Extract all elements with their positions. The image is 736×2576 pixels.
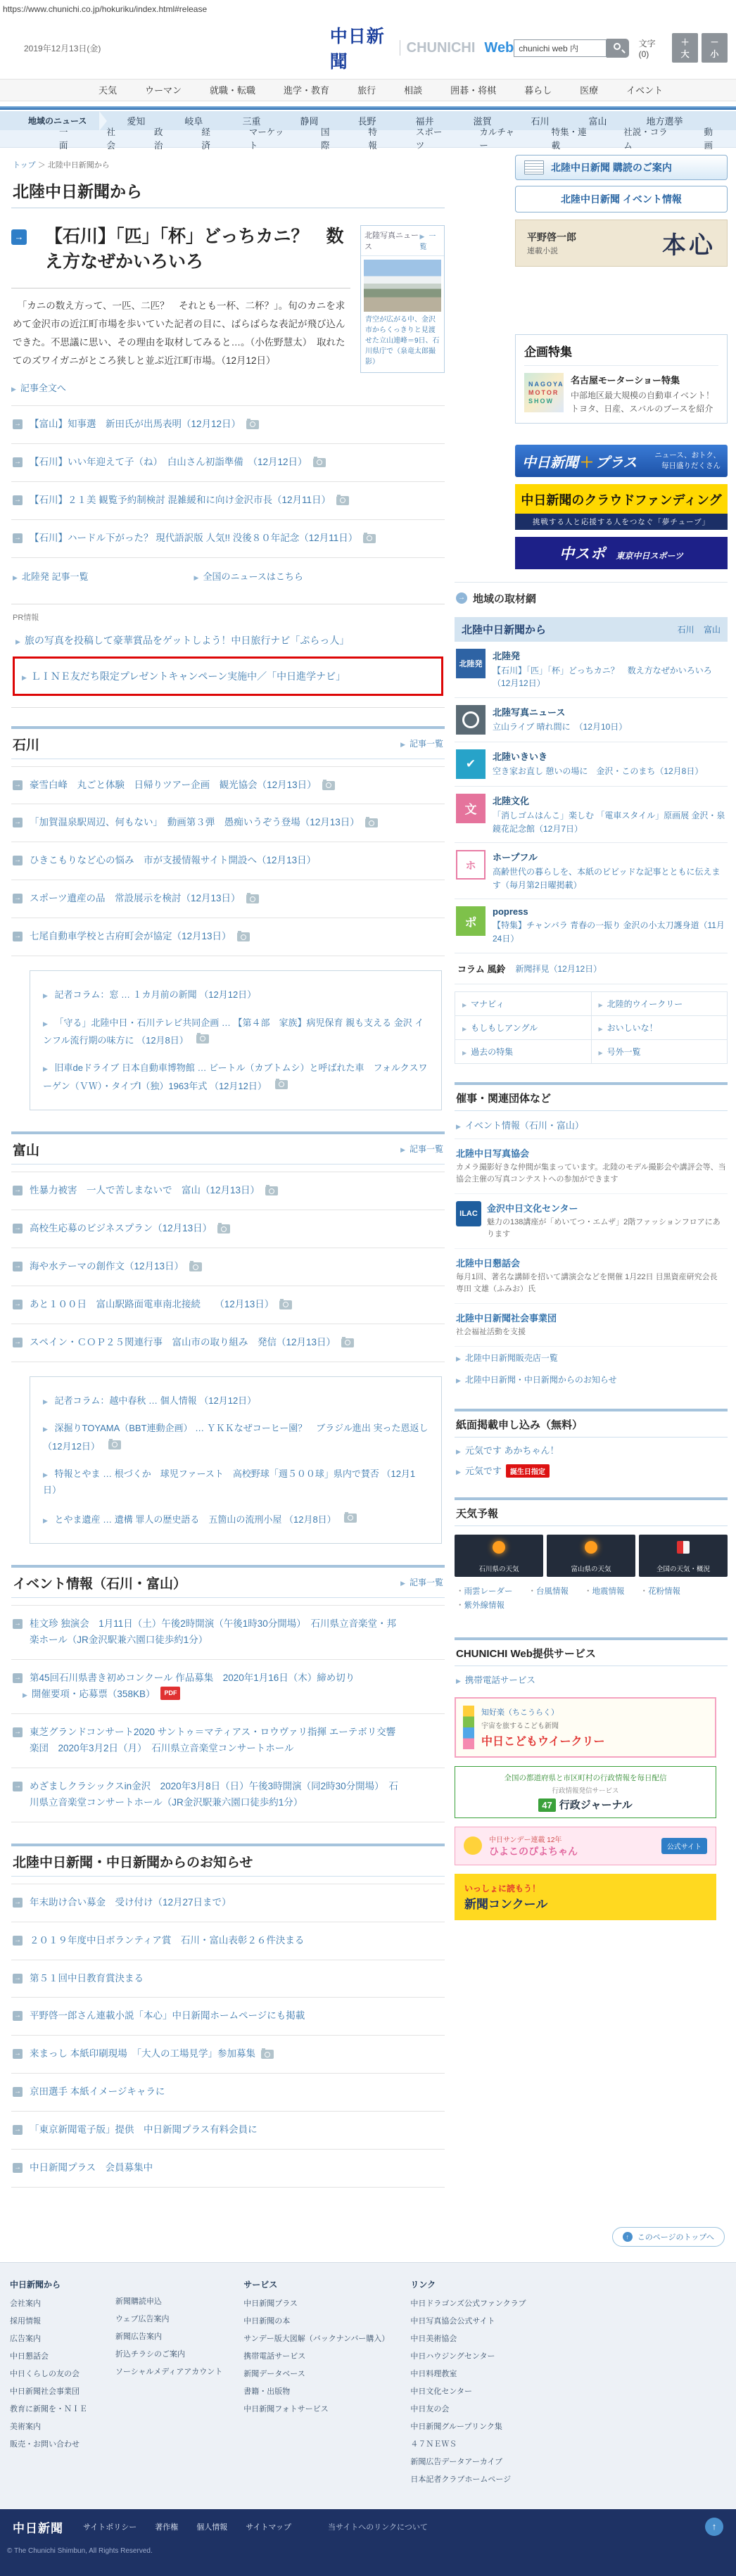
notice-item: 京田選手 本紙イメージキャラに [11, 2074, 445, 2112]
from-hokuriku-header: 北陸中日新聞から 石川 富山 [455, 617, 728, 642]
footer-link[interactable]: 新聞データベース [243, 2368, 389, 2379]
category-name-link[interactable]: 北陸文化 [493, 794, 726, 807]
footer-link[interactable]: ソーシャルメディアアカウント [115, 2366, 222, 2377]
arrow-bullet-icon [13, 1898, 23, 1908]
arrow-bullet-icon [13, 1186, 23, 1195]
event-doc-link[interactable]: ▶開催要項・応募票（358KB） [23, 1687, 155, 1703]
section-list-link[interactable]: ▶記事一覧 [400, 737, 443, 749]
org-desc: カメラ撮影好きな仲間が集まっています。北陸のモデル撮影会や講評会等、当協会主催の… [456, 1162, 726, 1186]
org-group: 北陸中日新聞社会事業団 社会福祉活動を支援 [455, 1304, 728, 1347]
feature-item: ▶ 特報とやま … 根づくか 球児ファースト 高校野球「週５００球」県内で賛否 … [43, 1460, 429, 1504]
weather-link[interactable]: 雨雲レーダー [456, 1585, 513, 1597]
section-title: 石川 [13, 735, 39, 754]
top-nav-link[interactable]: 天気 [99, 85, 117, 96]
category-icon [456, 705, 486, 735]
feature-link[interactable]: 「守る」北陸中日・石川テレビ共同企画 … 【第４部 家族】病児保育 親も支える … [43, 1017, 424, 1046]
font-smaller-button[interactable]: －小 [702, 33, 728, 63]
top-nav-item: ウーマン [145, 83, 182, 97]
category-icon: ホ [456, 850, 486, 880]
arrow-bullet-icon [13, 2125, 23, 2135]
top-nav-link[interactable]: 囲碁・将棋 [450, 85, 496, 96]
top-nav-item: 暮らし [524, 83, 552, 97]
footer-link[interactable]: 中日料理教室 [410, 2368, 526, 2379]
search-icon [614, 43, 621, 50]
news-item: 七尾自動車学校と古府町会が協定（12月13日） [11, 918, 445, 956]
triangle-icon: ▶ [456, 1468, 461, 1476]
triangle-icon: ▶ [43, 1426, 48, 1433]
top-nav-link[interactable]: イベント [626, 85, 663, 96]
footer-link[interactable]: 販売・お問い合わせ [10, 2438, 94, 2449]
footer-link[interactable]: 中日新聞グループリンク集 [410, 2420, 526, 2432]
org-group: ILAC 金沢中日文化センター 魅力の138講座が「めいてつ・エムザ」2階ファッ… [455, 1194, 728, 1249]
footer-link[interactable]: ウェブ広告案内 [115, 2313, 222, 2324]
footer-link[interactable]: 折込チラシのご案内 [115, 2348, 222, 2359]
category-name-link[interactable]: popress [493, 906, 726, 917]
quick-link[interactable]: マナビィ [455, 992, 592, 1016]
section-toyama: 富山 ▶記事一覧 性暴力被害 一人で苦しまないで 富山（12月13日） [11, 1131, 445, 1544]
arrow-bullet-icon [13, 1300, 23, 1309]
arrow-bullet-icon [13, 1338, 23, 1347]
weather-link[interactable]: 花粉情報 [640, 1585, 681, 1597]
footer-col-company: 中日新聞から 会社案内採用情報広告案内中日懇話会中日くらしの友の会中日新聞社会事… [10, 2278, 94, 2491]
org-name-link[interactable]: 北陸中日新聞社会事業団 [456, 1311, 557, 1324]
top-nav-link[interactable]: 進学・教育 [284, 85, 329, 96]
camera-icon [279, 1300, 292, 1309]
top-nav-link[interactable]: 旅行 [357, 85, 376, 96]
from-hokuriku-title: 北陸中日新聞から [462, 622, 546, 637]
category-article-link[interactable]: 「消しゴムはんこ」楽しむ 「電車スタイル」原画展 金沢・泉鏡花記念館（12月7日… [493, 811, 725, 834]
news-link[interactable]: 豪雪白峰 丸ごと体験 日帰りツアー企画 観光協会（12月13日） [30, 778, 317, 794]
notice-link[interactable]: 「東京新聞電子版」提供 中日新聞プラス有料会員に [30, 2122, 258, 2138]
birthday-badge: 誕生日指定 [506, 1464, 550, 1478]
national-news-link[interactable]: ▶全国のニュースはこちら [194, 569, 303, 583]
org-name-link[interactable]: 北陸中日写真協会 [456, 1146, 726, 1160]
pr-item: ▶旅の写真を投稿して豪華賞品をゲットしよう！中日旅行ナビ「ぷらっ人」 [13, 628, 443, 652]
triangle-icon: ▶ [43, 1020, 48, 1027]
column-link[interactable]: 新聞拝見（12月12日） [515, 963, 602, 975]
subscribe-box[interactable]: 北陸中日新聞 購読のご案内 [515, 155, 728, 180]
notice-link[interactable]: ２０１９年度中日ボランティア賞 石川・富山表彰２６件決まる [30, 1933, 304, 1949]
section-title: 富山 [13, 1140, 39, 1159]
news-link[interactable]: 【石川】ハードル下がった？ 現代語訳版 人気!! 没後８０年記念（12月11日） [30, 531, 357, 547]
newspaper-icon [524, 160, 544, 175]
column-label: コラム 風鈴 [457, 962, 505, 975]
feature-item: ▶ 旧車deドライブ 日本自動車博物館 … ビートル（カブトムシ）と呼ばれた車 … [43, 1054, 429, 1100]
pr-block: PR情報 ▶旅の写真を投稿して豪華賞品をゲットしよう！中日旅行ナビ「ぷらっ人」 … [11, 604, 445, 708]
org-desc: 魅力の138講座が「めいてつ・エムザ」2階ファッションフロアにあります [487, 1217, 726, 1241]
feature-item: ▶ 深掘りTOYAMA（BBT連動企画） … ＹＫＫなぜコーヒー園？ ブラジル進… [43, 1414, 429, 1460]
ishikawa-feature-box: ▶ 記者コラム：窓 … １カ月前の新聞 （12月12日） ▶ 「守る」北陸中日・… [30, 970, 442, 1110]
sidebar: 北陸中日新聞 購読のご案内 北陸中日新聞 イベント情報 平野啓一郎 連載小説 本… [455, 148, 728, 1920]
column-row: コラム 風鈴 新聞拝見（12月12日） [455, 953, 728, 984]
news-link[interactable]: あと１００日 富山駅路面電車南北接続 （12月13日） [30, 1297, 274, 1313]
official-site-button: 公式サイト [661, 1838, 707, 1854]
news-link[interactable]: スペイン・ＣＯＰ２５関連行事 富山市の取り組み 発信（12月13日） [30, 1335, 336, 1351]
org-desc: 毎月1回、著名な講師を招いて講演会などを開催 1月22日 目黒資産研究会長 専田… [456, 1271, 726, 1296]
news-link[interactable]: 性暴力被害 一人で苦しまないで 富山（12月13日） [30, 1183, 260, 1199]
footer-link[interactable]: 中日新聞プラス [243, 2297, 389, 2309]
section-title: 北陸中日新聞・中日新聞からのお知らせ [13, 1852, 253, 1871]
feature-link[interactable]: 名古屋モーターショー特集 [571, 373, 718, 386]
article-more-link[interactable]: ▶記事全文へ [11, 381, 66, 394]
org-link[interactable]: ▶北陸中日新聞・中日新聞からのお知らせ [455, 1369, 728, 1390]
weather-link[interactable]: 紫外線情報 [456, 1599, 505, 1611]
triangle-icon: ▶ [400, 1580, 405, 1587]
novel-banner[interactable]: 平野啓一郎 連載小説 本心 [515, 220, 728, 267]
copyright: © The Chunichi Shimbun, All Rights Reser… [0, 2544, 736, 2576]
arrow-bullet-icon [13, 780, 23, 790]
weather-section: 天気予報 石川県の天気 富山県の天気 [455, 1497, 728, 1619]
event-link[interactable]: めざましクラシックスin金沢 2020年3月8日（日）午後3時開演（同2時30分… [30, 1779, 402, 1811]
triangle-icon: ▶ [43, 1517, 48, 1524]
scroll-top-icon[interactable] [705, 2518, 723, 2536]
circle-arrow-icon [456, 592, 467, 604]
event-info-box[interactable]: 北陸中日新聞 イベント情報 [515, 186, 728, 212]
logo-en-chunichi: CHUNICHI [407, 40, 476, 56]
footer-link[interactable]: 携帯電話サービス [243, 2350, 389, 2361]
region-network-row: 地域の取材網 [455, 582, 728, 614]
event-item: 東芝グランドコンサート2020 サントゥ＝マティアス・ロウヴァリ指揮 エーテボリ… [11, 1714, 445, 1768]
quick-link[interactable]: 北陸的ウイークリー [592, 992, 728, 1016]
pr-label: PR情報 [13, 611, 443, 623]
top-nav-link[interactable]: 医療 [580, 85, 598, 96]
footer-bottom-link[interactable]: サイトポリシー [83, 2521, 137, 2532]
news-link[interactable]: 【石川】２１美 観覧予約制検討 混雑緩和に向け金沢市長（12月11日） [30, 493, 331, 509]
from-link-toyama[interactable]: 富山 [704, 625, 721, 635]
section-list-link[interactable]: ▶記事一覧 [400, 1143, 443, 1155]
org-link[interactable]: ▶北陸中日新聞販売店一覧 [455, 1347, 728, 1369]
camera-icon [265, 1186, 278, 1195]
notice-link[interactable]: 京田選手 本紙イメージキャラに [30, 2084, 165, 2100]
category-name-link[interactable]: 北陸いきいき [493, 749, 703, 763]
font-larger-button[interactable]: ＋大 [672, 33, 698, 63]
motor-show-logo: NAGOYA MOTOR SHOW [524, 373, 564, 412]
browser-url: https://www.chunichi.co.jp/hokuriku/inde… [0, 0, 736, 21]
top-nav-link[interactable]: ウーマン [145, 85, 182, 96]
quick-link[interactable]: 号外一覧 [592, 1040, 728, 1064]
top-news-list: 【富山】知事選 新田氏が出馬表明（12月12日） 【石川】いい年迎えて子（ね） … [11, 405, 445, 558]
news-item: あと１００日 富山駅路面電車南北接続 （12月13日） [11, 1286, 445, 1324]
footer-col-title: 中日新聞から [10, 2278, 94, 2290]
camera-icon [322, 781, 335, 790]
pr-item: ▶ＬＩＮＥ友だち限定プレゼントキャンペーン実施中／「中日進学ナビ」 [19, 664, 437, 688]
pr-link-travel[interactable]: 旅の写真を投稿して豪華賞品をゲットしよう！中日旅行ナビ「ぷらっ人」 [25, 635, 349, 646]
event-link[interactable]: 東芝グランドコンサート2020 サントゥ＝マティアス・ロウヴァリ指揮 エーテボリ… [30, 1725, 402, 1757]
photo-news-box: 北陸写真ニュース ▶一覧 青空が広がる中、金沢市からくっきりと見渡せた立山連峰＝… [360, 225, 445, 373]
camera-icon [261, 2050, 274, 2059]
notice-item: 平野啓一郎さん連載小説「本心」中日新聞ホームページにも掲載 [11, 1998, 445, 2036]
novel-label: 連載小説 [527, 247, 558, 255]
notice-link[interactable]: 中日新聞プラス 会員募集中 [30, 2160, 153, 2176]
arrow-bullet-icon [13, 1224, 23, 1233]
region-network-link[interactable]: 地域の取材網 [473, 591, 536, 606]
feature-item: ▶ 記者コラム：越中春秋 … 個人情報 （12月12日） [43, 1387, 429, 1414]
footer-link[interactable]: サンデー版大図解（バックナンバー購入） [243, 2333, 389, 2344]
notice-item: 「東京新聞電子版」提供 中日新聞プラス有料会員に [11, 2112, 445, 2150]
genki-birthday-link[interactable]: ▶元気です誕生日指定 [455, 1458, 551, 1479]
footer-logo[interactable]: 中日新聞 [13, 2518, 63, 2536]
weather-link[interactable]: 台風情報 [528, 1585, 569, 1597]
arrow-bullet-icon [13, 1782, 23, 1791]
footer-bottom-link[interactable]: 個人情報 [196, 2521, 227, 2532]
crowdfunding-banner[interactable]: 中日新聞のクラウドファンディング 挑戦する人と応援する人をつなぐ「夢チューブ」 [515, 484, 728, 530]
weather-tile[interactable]: 富山県の天気 [547, 1535, 635, 1577]
category-icon: 北陸発 [456, 649, 486, 678]
notice-link[interactable]: 第５１回中日教育賞決まる [30, 1971, 144, 1987]
news-link[interactable]: ひきこもりなど心の悩み 市が支援情報サイト開設へ（12月13日） [30, 853, 316, 869]
chuspo-banner[interactable]: 中スポ 東京中日スポーツ [515, 537, 728, 569]
footer-link[interactable]: 広告案内 [10, 2333, 94, 2344]
arrow-bullet-icon [13, 1262, 23, 1271]
camera-icon [196, 1034, 209, 1043]
back-to-top-row: このページのトップへ [0, 2209, 736, 2255]
feature-link[interactable]: 特報とやま … 根づくか 球児ファースト 高校野球「週５００球」県内で賛否 （1… [43, 1468, 415, 1495]
notice-item: 年末助け合い募金 受け付け（12月27日まで） [11, 1884, 445, 1922]
weather-link[interactable]: 地震情報 [584, 1585, 625, 1597]
category-icon: ✔ [456, 749, 486, 779]
notice-item: 中日新聞プラス 会員募集中 [11, 2150, 445, 2188]
gyosei-journal-banner[interactable]: 全国の都道府県と市区町村の行政情報を毎日配信 行政情報発信サービス 47行政ジャ… [455, 1766, 716, 1818]
footer-link[interactable]: 中日ドラゴンズ公式ファンクラブ [410, 2297, 526, 2309]
quick-link[interactable]: おいしいな！ [592, 1016, 728, 1040]
pr-link-line[interactable]: ＬＩＮＥ友だち限定プレゼントキャンペーン実施中／「中日進学ナビ」 [31, 671, 345, 682]
category-name-link[interactable]: 北陸発 [493, 649, 726, 662]
event-item: めざましクラシックスin金沢 2020年3月8日（日）午後3時開演（同2時30分… [11, 1768, 445, 1822]
logo-kanji: 中日新聞 [330, 23, 393, 73]
triangle-icon: ▶ [22, 674, 27, 681]
logo-divider [400, 40, 400, 56]
news-link[interactable]: 海や水テーマの創作文（12月13日） [30, 1259, 184, 1275]
footer-link[interactable]: 中日新聞の本 [243, 2315, 389, 2326]
feature-desc: 中部地区最大規模の自動車イベント！トヨタ、日産、スバルのブースを紹介 [571, 391, 714, 414]
triangle-icon: ▶ [43, 1471, 48, 1478]
up-arrow-icon [623, 2232, 633, 2242]
from-link-ishikawa[interactable]: 石川 [678, 625, 694, 635]
photo-news-list-link[interactable]: ▶一覧 [419, 230, 440, 251]
category-article-link[interactable]: 【特集】チャンバラ 青春の一振り 金沢の小太刀護身道（11月24日） [493, 920, 725, 944]
triangle-icon: ▶ [456, 1677, 461, 1684]
footer-link[interactable]: 教育に新聞を・ＮＩＥ [10, 2403, 94, 2414]
top-nav-item: 医療 [580, 83, 598, 97]
top-nav-link[interactable]: 暮らし [524, 85, 552, 96]
org-name-link[interactable]: 北陸中日懇話会 [456, 1256, 726, 1269]
footer-link[interactable]: 中日懇話会 [10, 2350, 94, 2361]
event-info-link[interactable]: ▶イベント情報（石川・富山） [455, 1111, 728, 1139]
triangle-icon: ▶ [400, 741, 405, 748]
weather-tile[interactable]: 全国の天気・概況 [639, 1535, 728, 1577]
top-nav-item: 天気 [99, 83, 117, 97]
triangle-icon: ▶ [419, 233, 424, 240]
back-to-top-button[interactable]: このページのトップへ [612, 2227, 725, 2247]
triangle-icon: ▶ [456, 1355, 461, 1362]
category-article-link[interactable]: 【石川】「匹」「杯」どっちカニ？ 数え方なぜかいろいろ（12月12日） [493, 666, 712, 689]
footer-link[interactable]: 新聞購読申込 [115, 2295, 222, 2307]
kids-weekly-banner[interactable]: 知好楽（ちこうらく） 宇宙を旅するこども新聞 中日こどもウイークリー [455, 1697, 716, 1758]
news-item: スペイン・ＣＯＰ２５関連行事 富山市の取り組み 発信（12月13日） [11, 1324, 445, 1362]
site-footer: 中日新聞から 会社案内採用情報広告案内中日懇話会中日くらしの友の会中日新聞社会事… [0, 2262, 736, 2576]
category-article-link[interactable]: 高齢世代の暮らしを、本紙のビビッドな記事とともに伝えます（毎月第2日曜掲載） [493, 867, 721, 890]
footer-link[interactable]: 新聞広告案内 [115, 2330, 222, 2342]
footer-link[interactable]: 日本記者クラブホームページ [410, 2473, 526, 2485]
novel-title: 本心 [662, 226, 716, 260]
camera-icon [363, 534, 376, 543]
footer-bottom-link[interactable]: サイトマップ [246, 2521, 291, 2532]
arrow-bullet-icon [13, 2163, 23, 2173]
news-item: ひきこもりなど心の悩み 市が支援情報サイト開設へ（12月13日） [11, 842, 445, 880]
events-list: 桂文珍 独演会 1月11日（土）午後2時開演（午後1時30分開場） 石川県立音楽… [11, 1605, 445, 1822]
notice-link[interactable]: 平野啓一郎さん連載小説「本心」中日新聞ホームページにも掲載 [30, 2008, 305, 2024]
triangle-icon: ▶ [15, 638, 20, 645]
camera-icon [189, 1262, 202, 1271]
news-item: 【石川】いい年迎えて子（ね） 白山さん初詣準備 （12月12日） [11, 444, 445, 482]
footer-link[interactable]: 美術案内 [10, 2420, 94, 2432]
feature-box: 企画特集 NAGOYA MOTOR SHOW 名古屋モーターショー特集 中部地区… [515, 334, 728, 424]
footer-col-links: リンク 中日ドラゴンズ公式ファンクラブ中日写真協会公式サイト中日美術協会中日ハウ… [410, 2278, 526, 2491]
chick-icon [464, 1836, 482, 1855]
notice-link[interactable]: 来まっし 本紙印刷現場 「大人の工場見学」参加募集 [30, 2046, 255, 2062]
photo-news-image[interactable] [364, 260, 441, 312]
weather-tile[interactable]: 石川県の天気 [455, 1535, 543, 1577]
breadcrumb-home-link[interactable]: トップ [13, 161, 36, 170]
feature-box-title: 企画特集 [524, 342, 718, 366]
camera-icon [246, 420, 259, 429]
category-name-link[interactable]: 北陸写真ニュース [493, 705, 627, 718]
quick-link[interactable]: 過去の特集 [455, 1040, 592, 1064]
footer-link[interactable]: 採用情報 [10, 2315, 94, 2326]
footer-link[interactable]: 新聞広告データアーカイブ [410, 2456, 526, 2467]
news-links-row: ▶北陸発 記事一覧 ▶全国のニュースはこちら [11, 558, 445, 604]
toyama-news-list: 性暴力被害 一人で苦しまないで 富山（12月13日） 高校生応募のビジネスプラン… [11, 1172, 445, 1362]
triangle-icon: ▶ [456, 1377, 461, 1384]
chunichi-plus-banner[interactable]: 中日新聞 ＋ プラス ニュース、おトク、毎日盛りだくさん [515, 445, 728, 476]
quick-link[interactable]: もしもしアングル [455, 1016, 592, 1040]
font-size-label: 文字 (0) [639, 37, 665, 59]
footer-link[interactable]: 会社案内 [10, 2297, 94, 2309]
site-search: 文字 (0) ＋大 －小 [514, 33, 728, 63]
news-link[interactable]: 高校生応募のビジネスプラン（12月13日） [30, 1221, 212, 1237]
arrow-bullet-icon [13, 419, 23, 429]
arrow-bullet-icon [13, 1619, 23, 1629]
piyo-chan-banner[interactable]: 中日サンデー連載 12年 ひよこのぴよちゃん 公式サイト [455, 1827, 716, 1865]
search-input[interactable] [514, 39, 607, 57]
novel-author: 平野啓一郎 [527, 230, 576, 244]
org-group: 北陸中日懇話会 毎月1回、著名な講師を招いて講演会などを開催 1月22日 目黒資… [455, 1249, 728, 1304]
arrow-bullet-icon [13, 2049, 23, 2059]
footer-link-note: 当サイトへのリンクについて [328, 2521, 428, 2532]
genki-ba​by-link[interactable]: ▶元気です あかちゃん！ [455, 1438, 561, 1458]
arrow-bullet-icon [13, 2011, 23, 2021]
org-name-link[interactable]: 金沢中日文化センター [487, 1201, 726, 1214]
footer-bottom-link[interactable]: 著作権 [155, 2521, 178, 2532]
feature-link[interactable]: 旧車deドライブ 日本自動車博物館 … ビートル（カブトムシ）と呼ばれた車 フォ… [43, 1062, 428, 1091]
article-headline[interactable]: 【石川】「匹」「杯」どっちカニ？ 数え方なぜかいろいろ [35, 224, 350, 275]
top-nav-item: 囲碁・将棋 [450, 83, 496, 97]
photo-news-caption[interactable]: 青空が広がる中、金沢市からくっきりと見渡せた立山連峰＝9日、石川県庁で（泉竜太郎… [361, 315, 444, 372]
camera-icon [313, 458, 326, 467]
search-button[interactable] [607, 39, 628, 58]
news-item: 高校生応募のビジネスプラン（12月13日） [11, 1210, 445, 1248]
org-desc: 社会福祉活動を支援 [456, 1326, 557, 1339]
share-arrow-icon[interactable] [11, 229, 27, 245]
footer-link[interactable]: 書籍・出版物 [243, 2385, 389, 2397]
paper-apply-section: 紙面掲載申し込み（無料） ▶元気です あかちゃん！ ▶元気です誕生日指定 [455, 1409, 728, 1479]
from-hokuriku-item: ポ popress 【特集】チャンバラ 青春の一振り 金沢の小太刀護身道（11月… [455, 899, 728, 953]
category-icon: ポ [456, 906, 486, 936]
news-link[interactable]: スポーツ遺産の品 常設展示を検討（12月13日） [30, 891, 241, 907]
main-column: トップ ＞ 北陸中日新聞から 北陸中日新聞から 北陸写真ニュース ▶一覧 青空が… [11, 148, 445, 2209]
logo-en-web: Web [484, 40, 514, 56]
notice-link[interactable]: 年末助け合い募金 受け付け（12月27日まで） [30, 1895, 231, 1911]
footer-col-title [115, 2278, 222, 2288]
event-link[interactable]: 桂文珍 独演会 1月11日（土）午後2時開演（午後1時30分開場） 石川県立音楽… [30, 1616, 402, 1649]
top-nav: 天気ウーマン就職・転職進学・教育旅行相談囲碁・将棋暮らし医療イベント [0, 79, 736, 101]
notice-item: 来まっし 本紙印刷現場 「大人の工場見学」参加募集 [11, 2036, 445, 2074]
camera-icon [246, 894, 259, 903]
from-hokuriku-item: 北陸発 北陸発 【石川】「匹」「杯」どっちカニ？ 数え方なぜかいろいろ（12月1… [455, 642, 728, 698]
site-logo[interactable]: 中日新聞 CHUNICHI Web [330, 23, 514, 73]
footer-link[interactable]: ４７ＮＥＷＳ [410, 2438, 526, 2449]
from-hokuriku-item: ホ ホープフル 高齢世代の暮らしを、本紙のビビッドな記事とともに伝えます（毎月第… [455, 843, 728, 899]
footer-link[interactable]: 中日新聞社会事業団 [10, 2385, 94, 2397]
triangle-icon: ▶ [456, 1448, 461, 1455]
category-icon: 文 [456, 794, 486, 823]
news-item: 性暴力被害 一人で苦しまないで 富山（12月13日） [11, 1172, 445, 1210]
top-nav-item: 相談 [404, 83, 422, 97]
footer-link[interactable]: 中日ハウジングセンター [410, 2350, 526, 2361]
news-link[interactable]: 七尾自動車学校と古府町会が協定（12月13日） [30, 929, 231, 945]
feature-link[interactable]: 深掘りTOYAMA（BBT連動企画） … ＹＫＫなぜコーヒー園？ ブラジル進出 … [43, 1423, 429, 1451]
quick-links-table: マナビィ北陸的ウイークリーもしもしアングルおいしいな！過去の特集号外一覧 [455, 991, 728, 1064]
footer-link[interactable]: 中日くらしの友の会 [10, 2368, 94, 2379]
page-title: 北陸中日新聞から [11, 176, 445, 208]
camera-icon [341, 1338, 354, 1347]
camera-icon [365, 818, 378, 827]
news-link[interactable]: 【富山】知事選 新田氏が出馬表明（12月12日） [30, 417, 241, 433]
event-link[interactable]: 第45回石川県書き初めコンクール 作品募集 2020年1月16日（木）締め切り [30, 1670, 355, 1687]
newspaper-concours-banner[interactable]: いっしょに読もう！ 新聞コンクール [455, 1874, 716, 1920]
category-article-link[interactable]: 立山ライブ 晴れ間に （12月10日） [493, 722, 627, 732]
photo-news-title: 北陸写真ニュース [364, 229, 419, 252]
ishikawa-news-list: 豪雪白峰 丸ごと体験 日帰りツアー企画 観光協会（12月13日） 「加賀温泉駅周… [11, 766, 445, 957]
footer-link[interactable]: 中日友の会 [410, 2403, 526, 2414]
top-nav-link[interactable]: 就職・転職 [210, 85, 255, 96]
toyama-feature-box: ▶ 記者コラム：越中春秋 … 個人情報 （12月12日） ▶ 深掘りTOYAMA… [30, 1376, 442, 1544]
feature-link[interactable]: とやま遺産 … 遺構 罪人の歴史語る 五箇山の流刑小屋 （12月8日） [55, 1514, 336, 1525]
from-hokuriku-list: 北陸発 北陸発 【石川】「匹」「杯」どっちカニ？ 数え方なぜかいろいろ（12月1… [455, 642, 728, 953]
category-name-link[interactable]: ホープフル [493, 850, 726, 863]
hokuriku-list-link[interactable]: ▶北陸発 記事一覧 [13, 569, 89, 583]
news-link[interactable]: 【石川】いい年迎えて子（ね） 白山さん初詣準備 （12月12日） [30, 455, 307, 471]
triangle-icon: ▶ [23, 1692, 27, 1699]
feature-item: ▶ 記者コラム：窓 … １カ月前の新聞 （12月12日） [43, 981, 429, 1008]
triangle-icon: ▶ [194, 574, 199, 581]
news-link[interactable]: 「加賀温泉駅周辺、何もない」 動画第３弾 愚痴いうぞう登場（12月13日） [30, 815, 360, 831]
footer-link[interactable]: 中日新聞フォトサービス [243, 2403, 389, 2414]
top-nav-link[interactable]: 相談 [404, 85, 422, 96]
feature-link[interactable]: 記者コラム：窓 … １カ月前の新聞 （12月12日） [55, 989, 257, 1000]
footer-link[interactable]: 中日写真協会公式サイト [410, 2315, 526, 2326]
arrow-bullet-icon [13, 533, 23, 543]
header-accent-bar [0, 106, 736, 110]
feature-link[interactable]: 記者コラム：越中春秋 … 個人情報 （12月12日） [55, 1395, 257, 1406]
footer-link[interactable]: 中日美術協会 [410, 2333, 526, 2344]
category-article-link[interactable]: 空き家お直し 憩いの場に 金沢・このまち（12月8日） [493, 766, 703, 776]
mobile-service-link[interactable]: ▶携帯電話サービス [455, 1666, 728, 1689]
47-logo: 47 [538, 1798, 555, 1812]
section-ishikawa: 石川 ▶記事一覧 豪雪白峰 丸ごと体験 日帰りツアー企画 観光協会（12月13日… [11, 726, 445, 1111]
footer-link[interactable]: 中日文化センター [410, 2385, 526, 2397]
section-list-link[interactable]: ▶記事一覧 [400, 1576, 443, 1588]
